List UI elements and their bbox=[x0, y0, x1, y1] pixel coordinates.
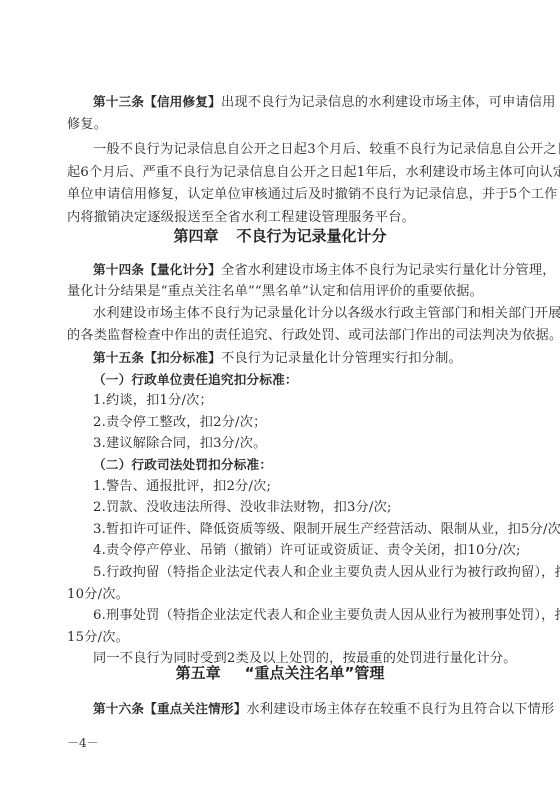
article-14-label: 第十四条【量化计分】 bbox=[93, 262, 221, 277]
section-2-item-6: 6.刑事处罚（特指企业法定代表人和企业主要负责人因从业行为被刑事处罚），扣 bbox=[93, 605, 493, 627]
document-page: 第十三条【信用修复】出现不良行为记录信息的水利建设市场主体，可申请信用 修复。 … bbox=[0, 0, 560, 793]
article-15-line-1: 第十五条【扣分标准】不良行为记录量化计分管理实行扣分制。 bbox=[93, 347, 493, 370]
article-13-label: 第十三条【信用修复】 bbox=[93, 94, 221, 109]
chapter-5-title: “重点关注名单”管理 bbox=[245, 664, 385, 682]
section-2-item-5-cont: 10分/次。 bbox=[67, 584, 493, 606]
section-2-item: 1.警告、通报批评，扣2分/次; bbox=[93, 476, 493, 498]
section-2-item-6-cont: 15分/次。 bbox=[67, 627, 493, 649]
chapter-5-heading: 第五章“重点关注名单”管理 bbox=[0, 662, 560, 684]
article-13-para-line: 单位申请信用修复，认定单位审核通过后及时撤销不良行为记录信息，并于5个工作日 bbox=[67, 184, 493, 206]
section-1-item: 1.约谈，扣1分/次； bbox=[93, 390, 493, 412]
chapter-5-number: 第五章 bbox=[176, 664, 221, 682]
section-1-item: 2.责令停工整改，扣2分/次； bbox=[93, 412, 493, 434]
article-15-label: 第十五条【扣分标准】 bbox=[93, 350, 221, 365]
article-16-line-1: 第十六条【重点关注情形】水利建设市场主体存在较重不良行为且符合以下情形 bbox=[93, 698, 493, 721]
page-number: －4－ bbox=[67, 734, 99, 751]
section-2-item: 4.责令停产停业、吊销（撤销）许可证或资质证、责令关闭，扣10分/次; bbox=[93, 540, 493, 562]
article-14-para-line: 水利建设市场主体不良行为记录量化计分以各级水行政主管部门和相关部门开展 bbox=[93, 303, 493, 325]
article-13-line-2: 修复。 bbox=[67, 114, 493, 136]
section-2-item: 3.暂扣许可证件、降低资质等级、限制开展生产经营活动、限制从业，扣5分/次; bbox=[93, 519, 493, 541]
chapter-4-number: 第四章 bbox=[173, 227, 218, 245]
article-13-para-line: 一般不良行为记录信息自公开之日起3个月后、较重不良行为记录信息自公开之日 bbox=[93, 139, 493, 161]
chapter-4-heading: 第四章不良行为记录量化计分 bbox=[0, 225, 560, 247]
article-13-line-1: 第十三条【信用修复】出现不良行为记录信息的水利建设市场主体，可申请信用 bbox=[93, 91, 493, 114]
section-2-item-5: 5.行政拘留（特指企业法定代表人和企业主要负责人因从业行为被行政拘留），扣 bbox=[93, 562, 493, 584]
article-14-para-line: 的各类监督检查中作出的责任追究、行政处罚、或司法部门作出的司法判决为依据。 bbox=[67, 325, 493, 347]
article-16-label: 第十六条【重点关注情形】 bbox=[93, 701, 247, 716]
section-2-item: 2.罚款、没收违法所得、没收非法财物，扣3分/次; bbox=[93, 497, 493, 519]
article-13-para-line: 起6个月后、严重不良行为记录信息自公开之日起1年后，水利建设市场主体可向认定 bbox=[67, 162, 493, 184]
chapter-4-title: 不良行为记录量化计分 bbox=[237, 227, 387, 245]
article-14-line-1: 第十四条【量化计分】全省水利建设市场主体不良行为记录实行量化计分管理， bbox=[93, 259, 493, 282]
section-2-title: （二）行政司法处罚扣分标准： bbox=[93, 454, 493, 476]
section-1-title: （一）行政单位责任追究扣分标准： bbox=[93, 369, 493, 391]
article-14-line-2: 量化计分结果是“重点关注名单”“黑名单”认定和信用评价的重要依据。 bbox=[67, 281, 493, 303]
section-1-item: 3.建议解除合同，扣3分/次。 bbox=[93, 433, 493, 455]
